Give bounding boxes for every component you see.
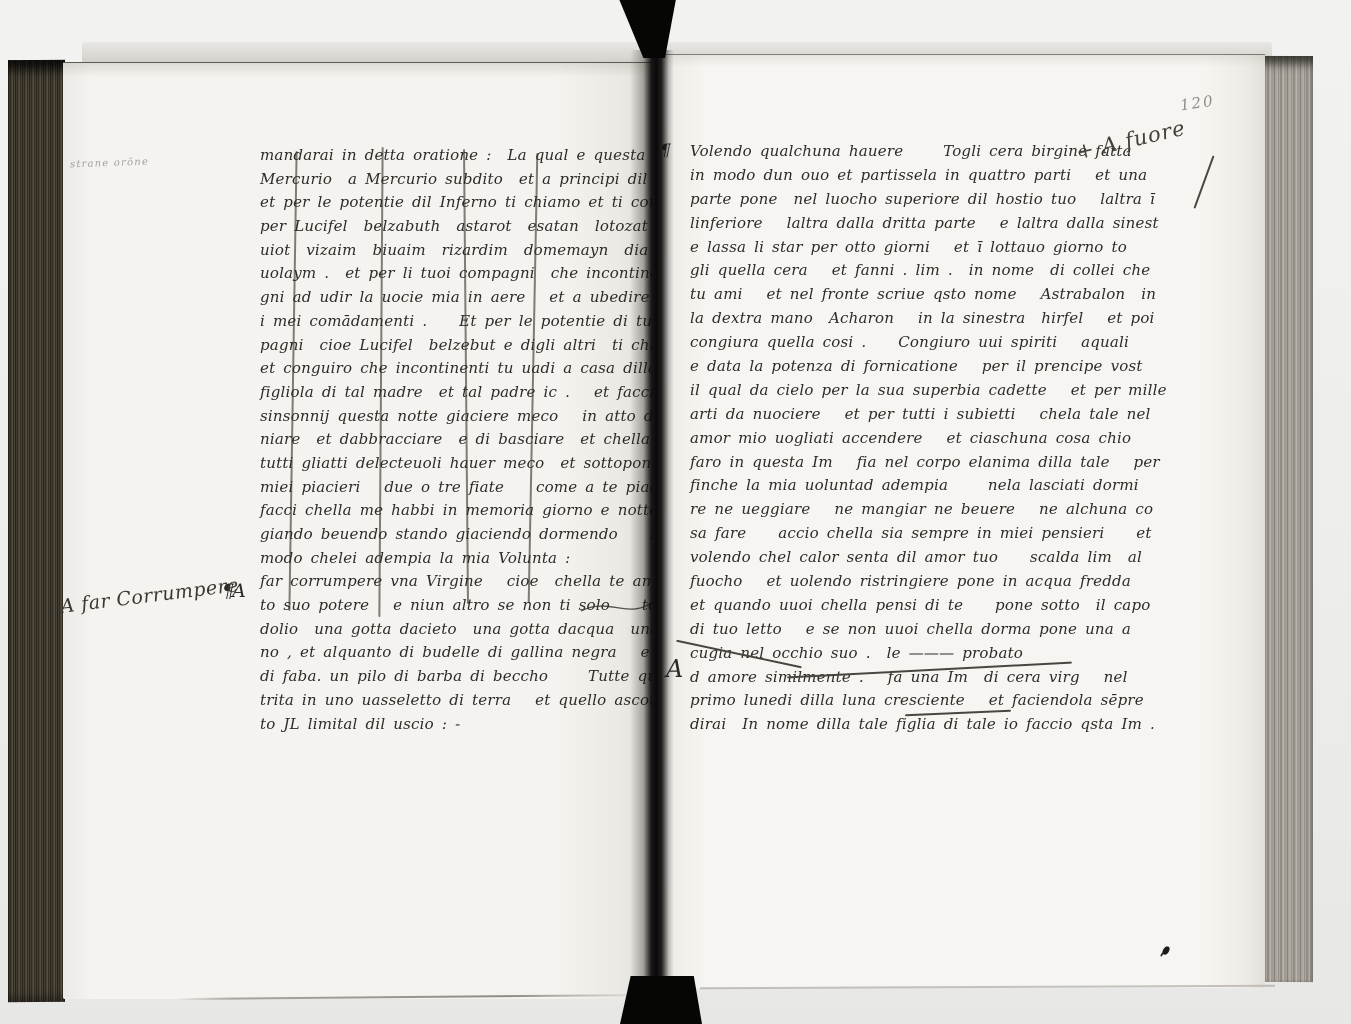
manuscript-line: Mercurio a Mercurio subdito et a princip… (260, 168, 680, 192)
manuscript-line: et quando uuoi chella pensi di te pone s… (690, 594, 1110, 618)
manuscript-line: congiura quella cosi . Congiuro uui spir… (690, 331, 1110, 355)
manuscript-line: niare et dabbracciare e di basciare et c… (260, 428, 680, 452)
manuscript-line: primo lunedi dilla luna cresciente et fa… (690, 689, 1110, 713)
manuscript-line: trita in uno uasseletto di terra et quel… (260, 689, 680, 713)
manuscript-line: uolaym . et per li tuoi compagni che inc… (260, 262, 680, 286)
left-page: mandarai in detta oratione : La qual e q… (63, 62, 652, 999)
manuscript-line: arti da nuociere et per tutti i subietti… (690, 403, 1110, 427)
manuscript-line: re ne ueggiare ne mangiar ne beuere ne a… (690, 498, 1110, 522)
manuscript-line: to JL limital dil uscio : - (260, 713, 680, 737)
right-page: Volendo qualchuna hauere Togli cera birg… (652, 54, 1265, 988)
manuscript-line: linferiore laltra dalla dritta parte e l… (690, 212, 1110, 236)
manuscript-line: sinsonnij questa notte giaciere meco in … (260, 405, 680, 429)
manuscript-line: gni ad udir la uocie mia in aere et a ub… (260, 286, 680, 310)
manuscript-line: faro in questa Im fia nel corpo elanima … (690, 451, 1110, 475)
manuscript-line: gli quella cera et fanni . lim . in nome… (690, 259, 1110, 283)
manuscript-line: la dextra mano Acharon in la sinestra hi… (690, 307, 1110, 331)
manuscript-line: e lassa li star per otto giorni et ī lot… (690, 236, 1110, 260)
manuscript-line: volendo chel calor senta dil amor tuo sc… (690, 546, 1110, 570)
manuscript-line: tu ami et nel fronte scriue qsto nome As… (690, 283, 1110, 307)
manuscript-line: finche la mia uoluntad adempia nela lasc… (690, 474, 1110, 498)
left-fore-edge (8, 60, 65, 1002)
right-page-text: Volendo qualchuna hauere Togli cera birg… (690, 140, 1110, 737)
manuscript-line: in modo dun ouo et partissela in quattro… (690, 164, 1110, 188)
margin-slash-stroke (1193, 155, 1214, 208)
manuscript-photo: mandarai in detta oratione : La qual e q… (0, 0, 1351, 1024)
manuscript-line: parte pone nel luocho superiore dil host… (690, 188, 1110, 212)
manuscript-line: miei piacieri due o tre fiate come a te … (260, 476, 680, 500)
manuscript-line: il qual da cielo per la sua superbia cad… (690, 379, 1110, 403)
manuscript-line: amor mio uogliati accendere et ciaschuna… (690, 427, 1110, 451)
left-page-text: mandarai in detta oratione : La qual e q… (260, 144, 680, 736)
manuscript-line: et conguiro che incontinenti tu uadi a c… (260, 357, 680, 381)
manuscript-line: et per le potentie dil Inferno ti chiamo… (260, 191, 680, 215)
manuscript-line: d amore similmente . fa una Im di cera v… (690, 666, 1110, 690)
manuscript-line: figliola di tal madre et tal padre ic . … (260, 381, 680, 405)
manuscript-line: di tuo letto e se non uuoi chella dorma … (690, 618, 1110, 642)
manuscript-line: per Lucifel belzabuth astarot esatan lot… (260, 215, 680, 239)
manuscript-line: i mei comādamenti . Et per le potentie d… (260, 310, 680, 334)
manuscript-line: tutti gliatti delecteuoli hauer meco et … (260, 452, 680, 476)
manuscript-line: e data la potenza di fornicatione per il… (690, 355, 1110, 379)
binding-strap-bottom (620, 976, 702, 1024)
manuscript-line: no , et alquanto di budelle di gallina n… (260, 641, 680, 665)
manuscript-line: pagni cioe Lucifel belzebut e digli altr… (260, 334, 680, 358)
manuscript-line: dirai In nome dilla tale figlia di tale … (690, 713, 1110, 737)
manuscript-line: mandarai in detta oratione : La qual e q… (260, 144, 680, 168)
manuscript-line: Volendo qualchuna hauere Togli cera birg… (690, 140, 1110, 164)
manuscript-line: uiot vizaim biuaim rizardim domemayn dia (260, 239, 680, 263)
book-gutter-shadow (630, 50, 674, 988)
manuscript-line: fuocho et uolendo ristringiere pone in a… (690, 570, 1110, 594)
manuscript-line: sa fare accio chella sia sempre in miei … (690, 522, 1110, 546)
right-fore-edge (1263, 56, 1313, 982)
manuscript-line: di faba. un pilo di barba di beccho Tutt… (260, 665, 680, 689)
